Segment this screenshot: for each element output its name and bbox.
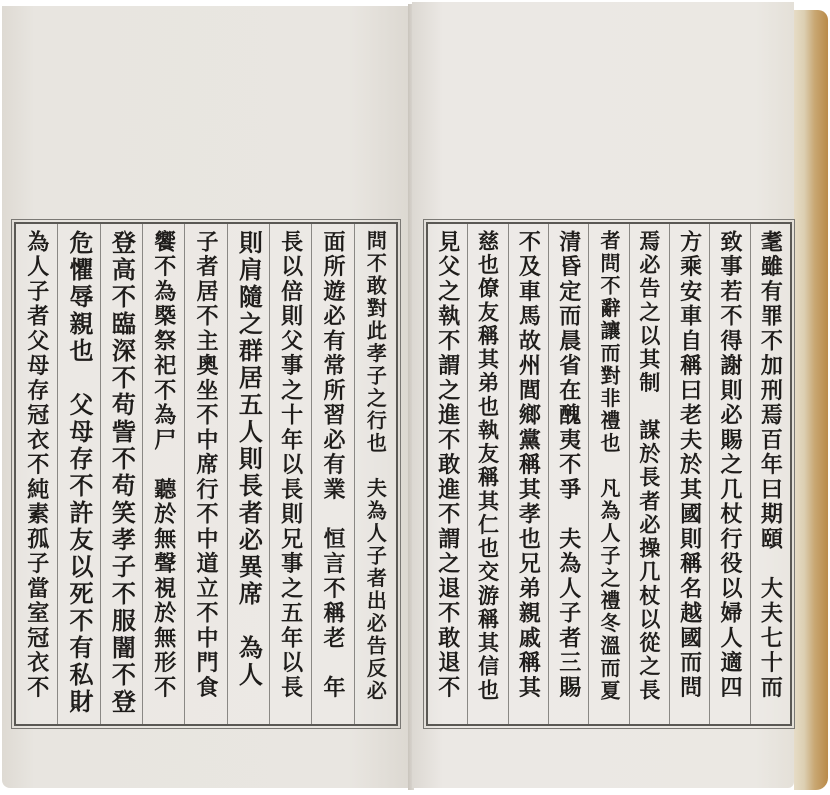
text-column: 面所遊必有常所習必有業 恒言不稱老 年 xyxy=(311,224,353,724)
column-text: 長以倍則父事之十年以長則兄事之五年以長 xyxy=(280,230,302,700)
text-column: 長以倍則父事之十年以長則兄事之五年以長 xyxy=(269,224,311,724)
text-column: 不及車馬故州閭鄉黨稱其孝也兄弟親戚稱其 xyxy=(508,224,548,724)
text-column: 方乘安車自稱曰老夫於其國則稱名越國而問 xyxy=(669,224,709,724)
text-column: 慈也僚友稱其弟也執友稱其仁也交游稱其信也 xyxy=(467,224,507,724)
column-text: 清昏定而晨省在醜夷不爭 夫為人子者三賜 xyxy=(558,230,580,700)
text-column: 者問不辭讓而對非禮也 凡為人子之禮冬溫而夏 xyxy=(588,224,628,724)
column-text: 危懼辱親也 父母存不許友以死不有私財 xyxy=(67,230,91,716)
column-text: 者問不辭讓而對非禮也 凡為人子之禮冬溫而夏 xyxy=(599,230,619,703)
column-text: 耄雖有罪不加刑焉百年曰期頤 大夫七十而 xyxy=(759,230,781,700)
text-column: 見父之執不謂之進不敢進不謂之退不敢退不 xyxy=(428,224,467,724)
text-column: 子者居不主奧坐不中席行不中道立不中門食 xyxy=(184,224,226,724)
text-column: 登高不臨深不苟訾不苟笑孝子不服闇不登 xyxy=(100,224,142,724)
text-column: 清昏定而晨省在醜夷不爭 夫為人子者三賜 xyxy=(548,224,588,724)
text-column: 危懼辱親也 父母存不許友以死不有私財 xyxy=(57,224,99,724)
page-edges xyxy=(794,10,828,790)
column-text: 問不敢對此孝子之行也 夫為人子者出必告反必 xyxy=(365,230,385,703)
column-text: 見父之執不謂之進不敢進不謂之退不敢退不 xyxy=(437,230,459,700)
open-book: 耄雖有罪不加刑焉百年曰期頤 大夫七十而 致事若不得謝則必賜之几杖行役以婦人適四 … xyxy=(0,0,830,795)
text-column: 焉必告之以其制 謀於長者必操几杖以從之長 xyxy=(629,224,669,724)
right-page-text-frame: 耄雖有罪不加刑焉百年曰期頤 大夫七十而 致事若不得謝則必賜之几杖行役以婦人適四 … xyxy=(426,222,792,726)
text-column: 則肩隨之群居五人則長者必異席 為人 xyxy=(227,224,269,724)
text-column: 問不敢對此孝子之行也 夫為人子者出必告反必 xyxy=(354,224,396,724)
column-text: 子者居不主奧坐不中席行不中道立不中門食 xyxy=(195,230,217,700)
column-text: 慈也僚友稱其弟也執友稱其仁也交游稱其信也 xyxy=(478,230,499,703)
column-text: 則肩隨之群居五人則長者必異席 為人 xyxy=(236,230,260,689)
column-text: 為人子者父母存冠衣不純素孤子當室冠衣不 xyxy=(26,230,48,700)
text-column: 耄雖有罪不加刑焉百年曰期頤 大夫七十而 xyxy=(750,224,790,724)
text-column: 為人子者父母存冠衣不純素孤子當室冠衣不 xyxy=(16,224,57,724)
column-text: 致事若不得謝則必賜之几杖行役以婦人適四 xyxy=(719,230,741,700)
column-text: 面所遊必有常所習必有業 恒言不稱老 年 xyxy=(322,230,344,700)
column-text: 方乘安車自稱曰老夫於其國則稱名越國而問 xyxy=(679,230,701,700)
column-text: 不及車馬故州閭鄉黨稱其孝也兄弟親戚稱其 xyxy=(517,230,539,700)
column-text: 饗不為槩祭祀不為尸 聽於無聲視於無形不 xyxy=(153,230,175,700)
column-text: 登高不臨深不苟訾不苟笑孝子不服闇不登 xyxy=(109,230,133,716)
text-column: 饗不為槩祭祀不為尸 聽於無聲視於無形不 xyxy=(142,224,184,724)
column-text: 焉必告之以其制 謀於長者必操几杖以從之長 xyxy=(639,230,660,703)
left-page-text-frame: 問不敢對此孝子之行也 夫為人子者出必告反必 面所遊必有常所習必有業 恒言不稱老 … xyxy=(14,222,398,726)
text-column: 致事若不得謝則必賜之几杖行役以婦人適四 xyxy=(709,224,749,724)
